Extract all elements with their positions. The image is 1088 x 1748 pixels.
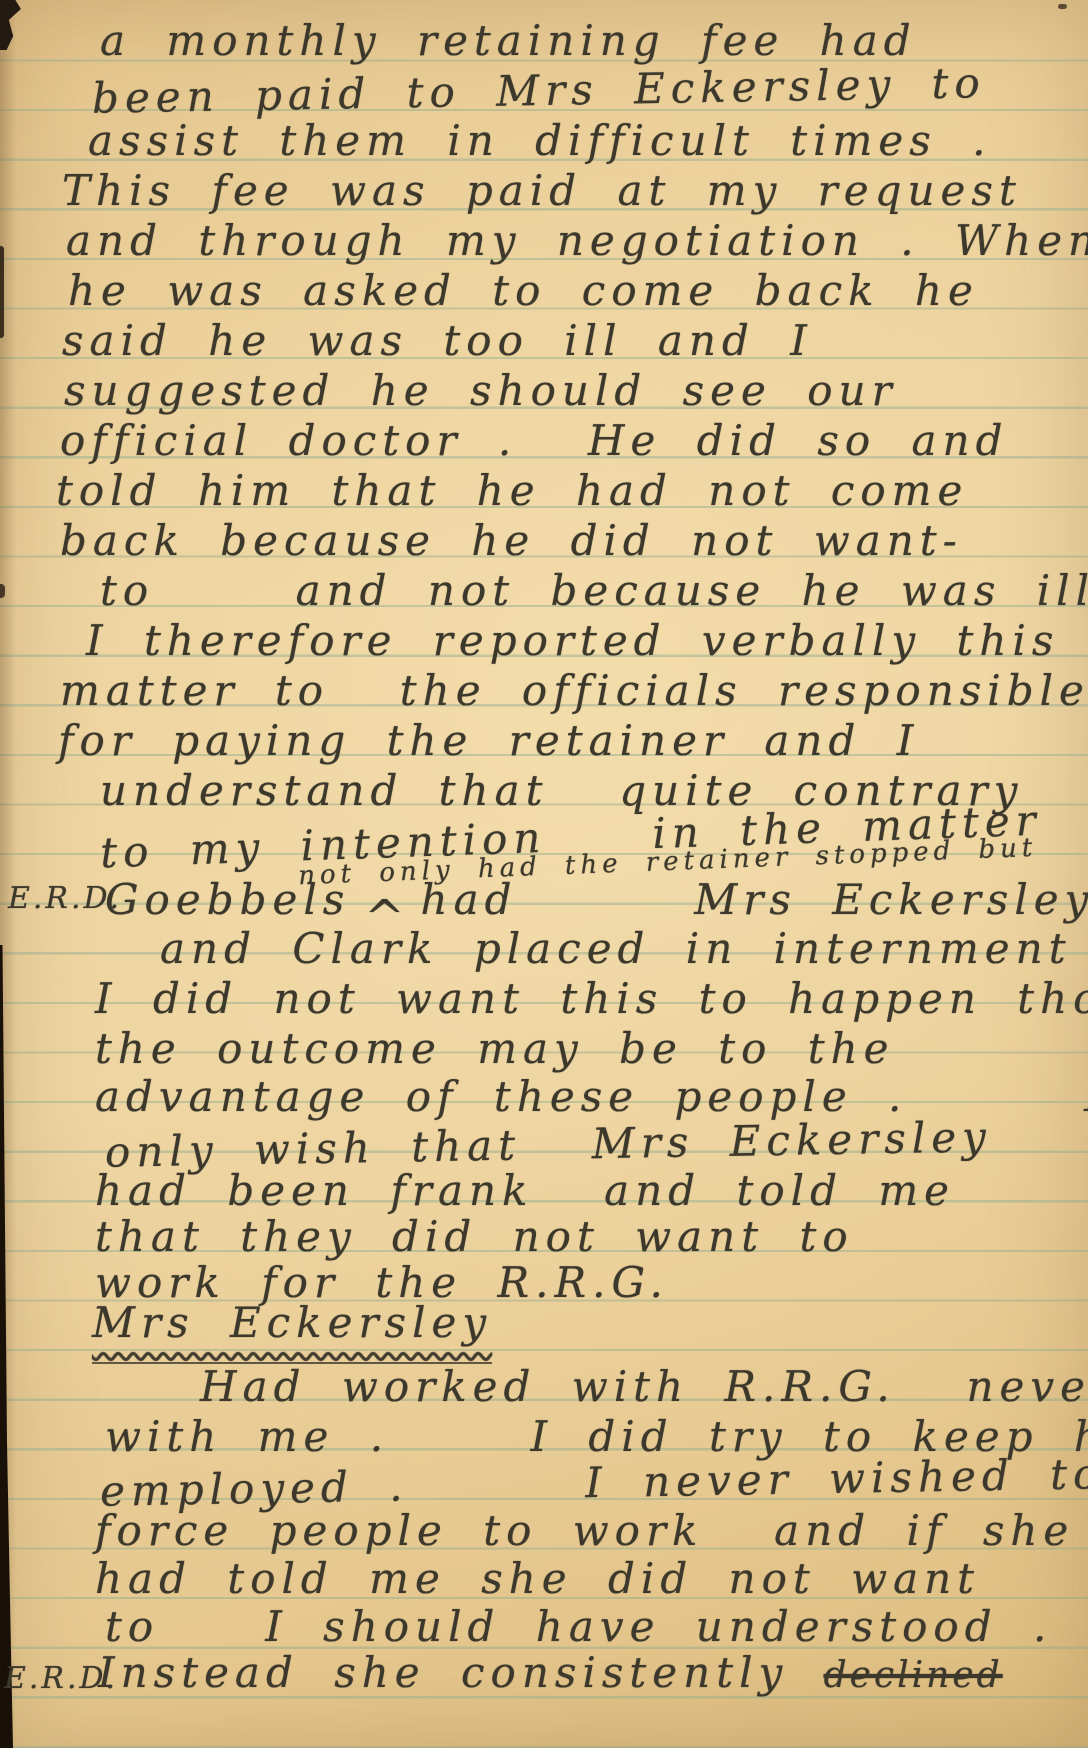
handwritten-line: This fee was paid at my request	[62, 168, 1022, 214]
left-edge-shadow	[0, 0, 16, 1748]
handwritten-line: assist them in difficult times .	[88, 118, 991, 164]
handwritten-line: had been frank and told me	[95, 1168, 955, 1214]
handwritten-line: Instead she consistently declined	[98, 1650, 1003, 1696]
handwritten-line: a monthly retaining fee had	[100, 18, 917, 64]
handwritten-line: I therefore reported verbally this	[86, 618, 1059, 664]
handwritten-line: and Clark placed in internment .	[160, 926, 1088, 972]
handwritten-line: told him that he had not come	[56, 468, 968, 514]
handwritten-line: I did not want this to happen though	[95, 976, 1088, 1022]
handwritten-line: been paid to Mrs Eckersley to	[92, 60, 986, 122]
handwritten-line: the outcome may be to the	[95, 1026, 895, 1072]
handwritten-line: he was asked to come back he	[68, 268, 979, 314]
scan-edge-speck	[0, 584, 5, 598]
section-heading: Mrs Eckersley	[92, 1300, 492, 1364]
scan-edge-wedge	[0, 945, 13, 1748]
scan-edge-mark	[0, 246, 4, 338]
notebook-page: a monthly retaining fee had been paid to…	[0, 0, 1088, 1748]
handwritten-line: suggested he should see our	[64, 368, 898, 414]
handwritten-line: force people to work and if she	[95, 1508, 1074, 1554]
handwritten-line: back because he did not want-	[60, 518, 963, 564]
handwritten-line: official doctor . He did so and	[60, 418, 1008, 464]
handwritten-line: Had worked with R.R.G. never	[200, 1364, 1088, 1410]
handwritten-line: and through my negotiation . When	[66, 218, 1088, 264]
section-heading-text: Mrs Eckersley	[92, 1298, 492, 1347]
handwritten-line: to and not because he was ill .	[100, 568, 1088, 614]
handwritten-line: Goebbels^had Mrs Eckersley	[105, 872, 1088, 925]
handwritten-line: said he was too ill and I	[62, 318, 813, 364]
struck-word: declined	[824, 1655, 1003, 1696]
goebbels-line-rest: had Mrs Eckersley	[421, 875, 1088, 924]
final-line-text: Instead she consistently	[98, 1648, 824, 1697]
handwritten-line: to I should have understood .	[105, 1604, 1052, 1650]
scan-corner-mark	[0, 0, 22, 50]
handwritten-line: matter to the officials responsible	[60, 668, 1088, 714]
goebbels-word: Goebbels	[105, 875, 350, 924]
scan-edge-speck	[1058, 4, 1067, 9]
handwritten-line: that they did not want to	[95, 1214, 854, 1260]
handwritten-line: had told me she did not want	[95, 1556, 980, 1602]
handwritten-line: for paying the retainer and I	[58, 718, 919, 764]
